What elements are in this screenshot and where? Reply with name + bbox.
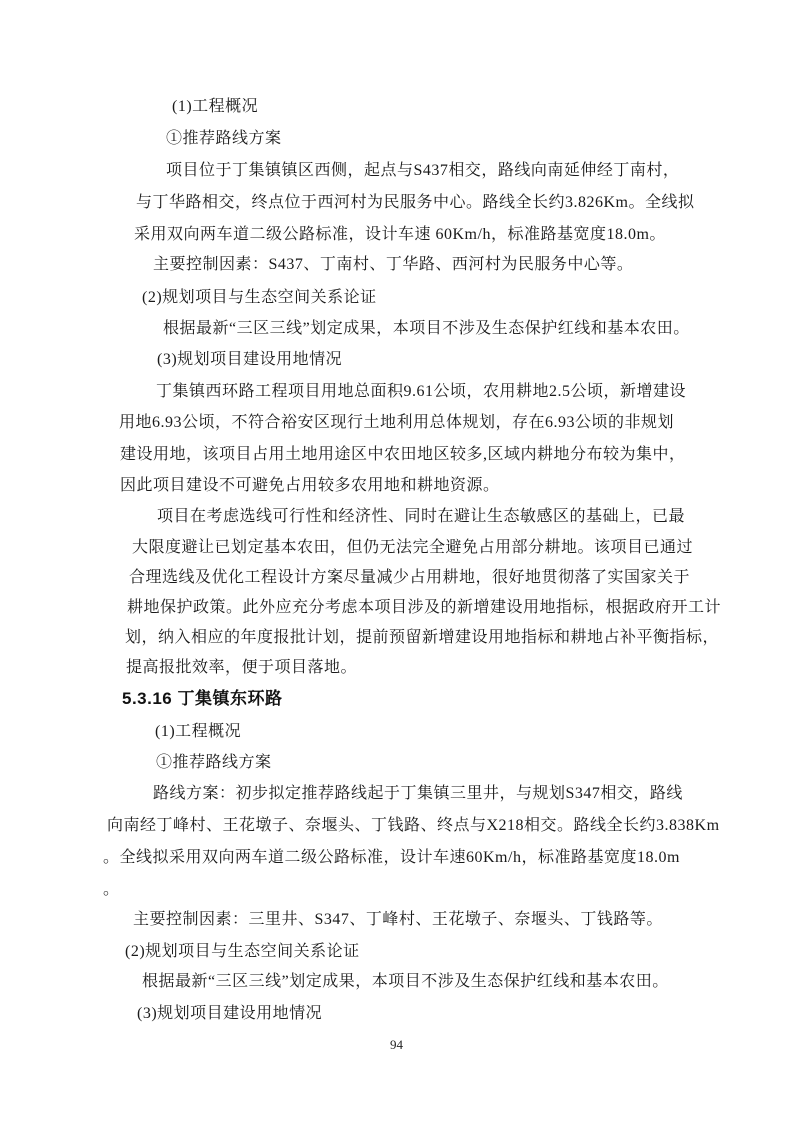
paragraph-line: 建设用地，该项目占用土地用途区中农田地区较多,区域内耕地分布较为集中，	[120, 444, 686, 465]
paragraph-line: ①推荐路线方案	[166, 128, 282, 149]
paragraph-line: 路线方案：初步拟定推荐路线起于丁集镇三里井，与规划S347相交，路线	[153, 783, 683, 804]
paragraph-line: 项目位于丁集镇镇区西侧，起点与S437相交，路线向南延伸经丁南村，	[166, 160, 679, 181]
paragraph-line: 。	[103, 879, 120, 900]
paragraph-line: (2)规划项目与生态空间关系论证	[125, 941, 360, 962]
paragraph-line: 根据最新“三区三线”划定成果，本项目不涉及生态保护红线和基本农田。	[142, 971, 669, 992]
paragraph-line: 大限度避让已划定基本农田，但仍无法完全避免占用部分耕地。该项目已通过	[132, 537, 693, 558]
paragraph-line: 向南经丁峰村、王花墩子、奈堰头、丁钱路、终点与X218相交。路线全长约3.838…	[107, 815, 720, 836]
paragraph-line: 主要控制因素：三里井、S347、丁峰村、王花墩子、奈堰头、丁钱路等。	[133, 909, 663, 930]
paragraph-line: (1)工程概况	[155, 721, 241, 742]
paragraph-line: ①推荐路线方案	[156, 752, 272, 773]
document-page: (1)工程概况 ①推荐路线方案 项目位于丁集镇镇区西侧，起点与S437相交，路线…	[0, 0, 793, 1122]
paragraph-line: 耕地保护政策。此外应充分考虑本项目涉及的新增建设用地指标，根据政府开工计	[127, 597, 721, 618]
paragraph-line: 提高报批效率，便于项目落地。	[126, 657, 357, 678]
paragraph-line: 项目在考虑选线可行性和经济性、同时在避让生态敏感区的基础上，已最	[157, 506, 685, 527]
paragraph-line: (1)工程概况	[172, 96, 258, 117]
paragraph-line: 与丁华路相交，终点位于西河村为民服务中心。路线全长约3.826Km。全线拟	[136, 192, 695, 213]
paragraph-line: 主要控制因素：S437、丁南村、丁华路、西河村为民服务中心等。	[153, 254, 633, 275]
paragraph-line: (2)规划项目与生态空间关系论证	[142, 287, 377, 308]
paragraph-line: (3)规划项目建设用地情况	[137, 1003, 322, 1024]
page-number: 94	[0, 1037, 793, 1053]
paragraph-line: 。全线拟采用双向两车道二级公路标准，设计车速60Km/h，标准路基宽度18.0m	[103, 847, 680, 868]
paragraph-line: 因此项目建设不可避免占用较多农用地和耕地资源。	[120, 475, 500, 496]
paragraph-line: 丁集镇西环路工程项目用地总面积9.61公顷，农用耕地2.5公顷，新增建设	[156, 381, 686, 402]
paragraph-line: 划，纳入相应的年度报批计划，提前预留新增建设用地指标和耕地占补平衡指标，	[125, 627, 719, 648]
paragraph-line: 根据最新“三区三线”划定成果，本项目不涉及生态保护红线和基本农田。	[163, 318, 690, 339]
paragraph-line: 合理选线及优化工程设计方案尽量减少占用耕地，很好地贯彻落了实国家关于	[129, 567, 690, 588]
paragraph-line: 用地6.93公顷，不符合裕安区现行土地利用总体规划，存在6.93公顷的非规划	[119, 412, 674, 433]
paragraph-line: (3)规划项目建设用地情况	[157, 349, 342, 370]
section-heading: 5.3.16 丁集镇东环路	[122, 688, 283, 709]
paragraph-line: 采用双向两车道二级公路标准，设计车速 60Km/h，标准路基宽度18.0m。	[134, 224, 666, 245]
